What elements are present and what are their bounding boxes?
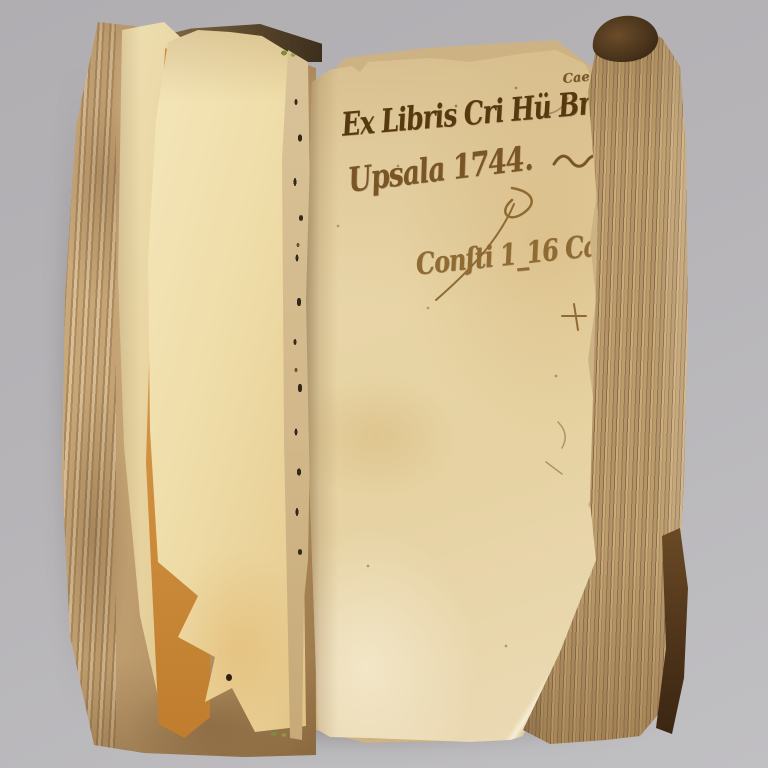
endband-green-top (278, 48, 300, 60)
endband-green-bottom (268, 730, 292, 739)
photograph-antique-book: Ex Libris Cri Hü Braad Cae. Upsala 1744.… (0, 0, 768, 768)
inscription-page: Ex Libris Cri Hü Braad Cae. Upsala 1744.… (306, 46, 608, 746)
wormhole (226, 674, 232, 681)
